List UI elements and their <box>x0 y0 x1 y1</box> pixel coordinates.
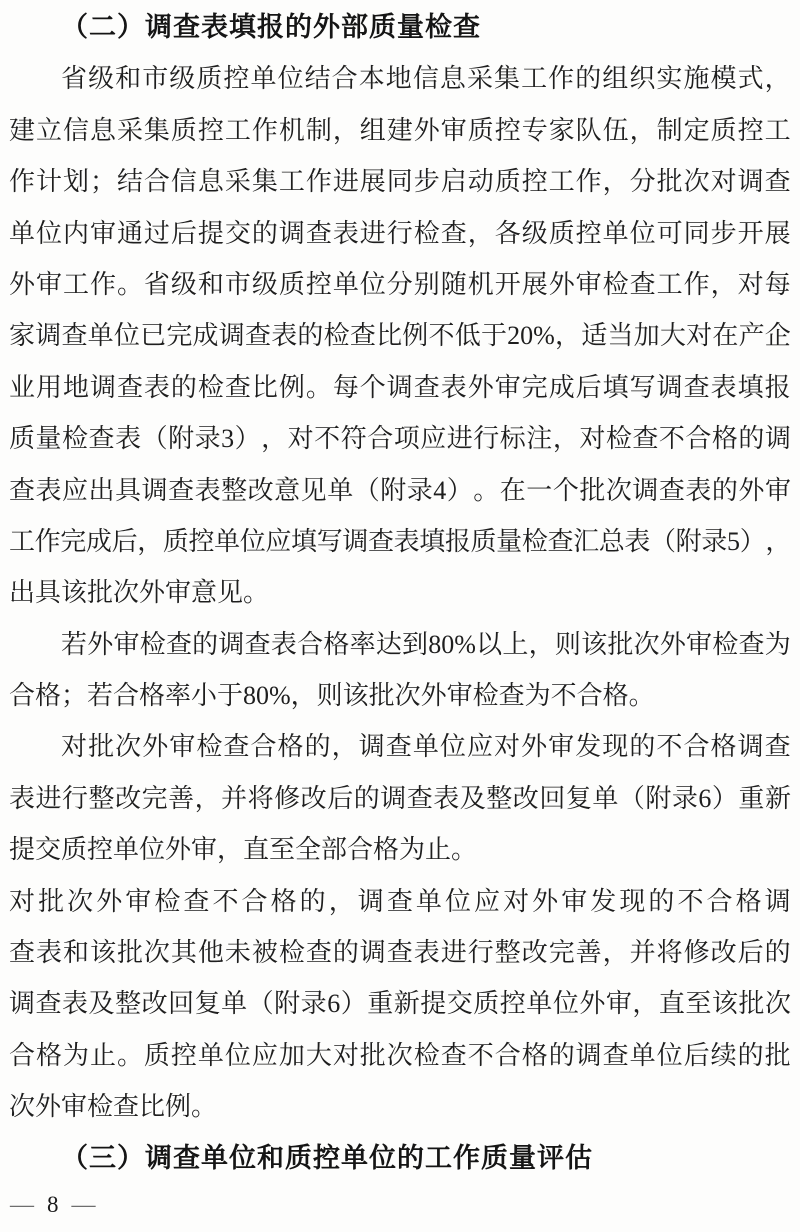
text-line: 作计划；结合信息采集工作进展同步启动质控工作，分批次对调查 <box>9 156 791 207</box>
text-line: 对批次外审检查合格的，调查单位应对外审发现的不合格调查 <box>9 721 791 772</box>
text-line: 提交质控单位外审，直至全部合格为止。 <box>9 824 791 875</box>
page-footer: —8— <box>10 1188 96 1222</box>
text-line: 出具该批次外审意见。 <box>9 567 791 618</box>
paragraph-batch-failed: 查表和该批次其他未被检查的调查表进行整改完善，并将修改后的调查表及整改回复单（附… <box>9 927 791 1133</box>
document-body: （二）调查表填报的外部质量检查省级和市级质控单位结合本地信息采集工作的组织实施模… <box>9 2 791 1184</box>
text-line: 查表应出具调查表整改意见单（附录4）。在一个批次调查表的外审 <box>9 465 791 516</box>
text-line: 调查表及整改回复单（附录6）重新提交质控单位外审，直至该批次 <box>9 978 791 1029</box>
page-number: 8 <box>47 1192 59 1217</box>
text-line: 工作完成后，质控单位应填写调查表填报质量检查汇总表（附录5）， <box>9 516 791 567</box>
text-line: 业用地调查表的检查比例。每个调查表外审完成后填写调查表填报 <box>9 362 791 413</box>
text-line: 家调查单位已完成调查表的检查比例不低于20%，适当加大对在产企 <box>9 310 791 361</box>
text-line: 表进行整改完善，并将修改后的调查表及整改回复单（附录6）重新 <box>9 773 791 824</box>
section-heading-3: （三）调查单位和质控单位的工作质量评估 <box>9 1133 791 1184</box>
footer-dash-right: — <box>72 1192 96 1218</box>
document-page: （二）调查表填报的外部质量检查省级和市级质控单位结合本地信息采集工作的组织实施模… <box>0 0 800 1232</box>
text-line: 外审工作。省级和市级质控单位分别随机开展外审检查工作，对每 <box>9 259 791 310</box>
text-line: 合格；若合格率小于80%，则该批次外审检查为不合格。 <box>9 670 791 721</box>
text-line: 若外审检查的调查表合格率达到80%以上，则该批次外审检查为 <box>9 619 791 670</box>
text-line: 合格为止。质控单位应加大对批次检查不合格的调查单位后续的批 <box>9 1030 791 1081</box>
text-line: 次外审检查比例。 <box>9 1081 791 1132</box>
text-line: 查表和该批次其他未被检查的调查表进行整改完善，并将修改后的 <box>9 927 791 978</box>
text-line: 质量检查表（附录3），对不符合项应进行标注，对检查不合格的调 <box>9 413 791 464</box>
text-line: 建立信息采集质控工作机制，组建外审质控专家队伍，制定质控工 <box>9 105 791 156</box>
footer-dash-left: — <box>10 1192 34 1218</box>
text-line: 省级和市级质控单位结合本地信息采集工作的组织实施模式， <box>9 53 791 104</box>
paragraph-pass-rate: 若外审检查的调查表合格率达到80%以上，则该批次外审检查为合格；若合格率小于80… <box>9 619 791 722</box>
section-heading-2: （二）调查表填报的外部质量检查 <box>9 2 791 53</box>
paragraph-external-check: 省级和市级质控单位结合本地信息采集工作的组织实施模式，建立信息采集质控工作机制，… <box>9 53 791 618</box>
text-line: 对批次外审检查不合格的，调查单位应对外审发现的不合格调 <box>9 876 791 927</box>
text-line: 单位内审通过后提交的调查表进行检查，各级质控单位可同步开展 <box>9 208 791 259</box>
paragraph-batch-passed: 对批次外审检查合格的，调查单位应对外审发现的不合格调查表进行整改完善，并将修改后… <box>9 721 791 927</box>
